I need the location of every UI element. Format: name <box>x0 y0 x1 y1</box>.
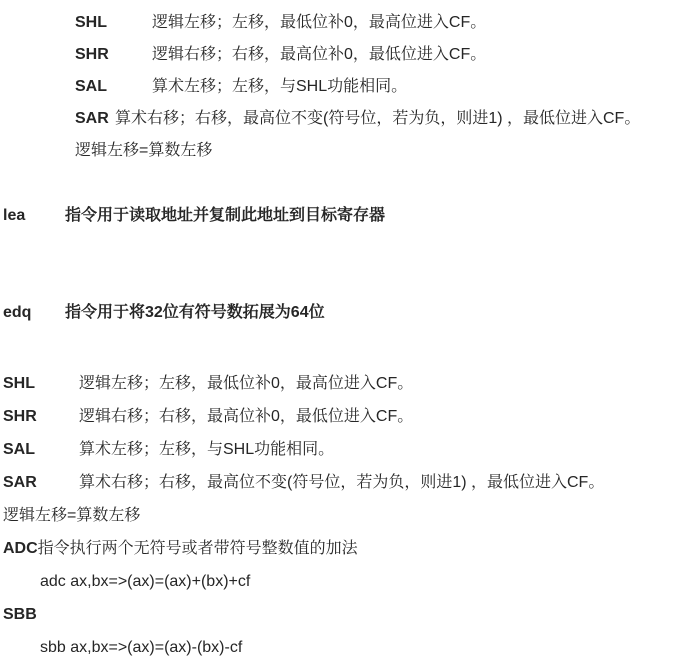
shift-row-shr: SHR逻辑右移；右移，最高位补0，最低位进入CF。 <box>75 39 688 71</box>
mnemonic-description: 逻辑右移；右移，最高位补0，最低位进入CF。 <box>152 46 486 63</box>
shift-row-sal: SAL算术左移；左移，与SHL功能相同。 <box>75 71 688 103</box>
mnemonic-label: SAR <box>75 103 115 135</box>
mnemonic-label: ADC <box>3 532 38 565</box>
shift-note: 逻辑左移=算数左移 <box>3 499 688 532</box>
mnemonic-description: 逻辑左移；左移，最低位补0，最高位进入CF。 <box>152 14 486 31</box>
mnemonic-description: 算术左移；左移，与SHL功能相同。 <box>152 78 407 95</box>
mnemonic-label: SAR <box>3 466 79 499</box>
shift-row-sar: SAR算术右移；右移，最高位不变(符号位，若为负，则进1) ，最低位进入CF。 <box>75 103 688 135</box>
mnemonic-label: lea <box>3 200 65 232</box>
sbb-formula: sbb ax,bx=>(ax)=(ax)-(bx)-cf <box>3 631 688 656</box>
mnemonic-description: 逻辑左移；左移，最低位补0，最高位进入CF。 <box>79 375 413 392</box>
mnemonic-label: edq <box>3 297 65 329</box>
mnemonic-description: 算术右移；右移，最高位不变(符号位，若为负，则进1) ，最低位进入CF。 <box>79 474 604 491</box>
shift-row-sar: SAR算术右移；右移，最高位不变(符号位，若为负，则进1) ，最低位进入CF。 <box>3 466 688 499</box>
mnemonic-description: 算术左移；左移，与SHL功能相同。 <box>79 441 334 458</box>
mnemonic-label: SHR <box>3 400 79 433</box>
shift-note: 逻辑左移=算数左移 <box>75 135 688 167</box>
mnemonic-description: 指令用于将32位有符号数拓展为64位 <box>65 304 325 321</box>
mnemonic-label: SHL <box>3 367 79 400</box>
mnemonic-label: SBB <box>3 598 37 631</box>
mnemonic-description: 指令执行两个无符号或者带符号整数值的加法 <box>38 540 358 557</box>
document-page: SHL逻辑左移；左移，最低位补0，最高位进入CF。 SHR逻辑右移；右移，最高位… <box>0 0 688 656</box>
shift-table-bottom: SHL逻辑左移；左移，最低位补0，最高位进入CF。 SHR逻辑右移；右移，最高位… <box>0 367 688 656</box>
sbb-heading: SBB <box>3 598 688 631</box>
mnemonic-description: 算术右移；右移，最高位不变(符号位，若为负，则进1) ，最低位进入CF。 <box>115 110 640 127</box>
shift-row-shl: SHL逻辑左移；左移，最低位补0，最高位进入CF。 <box>3 367 688 400</box>
mnemonic-label: SHL <box>75 7 152 39</box>
adc-heading: ADC指令执行两个无符号或者带符号整数值的加法 <box>3 532 688 565</box>
lea-heading: lea指令用于读取地址并复制此地址到目标寄存器 <box>0 200 688 232</box>
adc-formula: adc ax,bx=>(ax)=(ax)+(bx)+cf <box>3 565 688 598</box>
mnemonic-label: SHR <box>75 39 152 71</box>
mnemonic-label: SAL <box>75 71 152 103</box>
mnemonic-label: SAL <box>3 433 79 466</box>
shift-row-shr: SHR逻辑右移；右移，最高位补0，最低位进入CF。 <box>3 400 688 433</box>
mnemonic-description: 指令用于读取地址并复制此地址到目标寄存器 <box>65 207 385 224</box>
edq-heading: edq指令用于将32位有符号数拓展为64位 <box>0 297 688 329</box>
shift-row-shl: SHL逻辑左移；左移，最低位补0，最高位进入CF。 <box>75 7 688 39</box>
shift-row-sal: SAL算术左移；左移，与SHL功能相同。 <box>3 433 688 466</box>
shift-table-top: SHL逻辑左移；左移，最低位补0，最高位进入CF。 SHR逻辑右移；右移，最高位… <box>0 0 688 167</box>
mnemonic-description: 逻辑右移；右移，最高位补0，最低位进入CF。 <box>79 408 413 425</box>
